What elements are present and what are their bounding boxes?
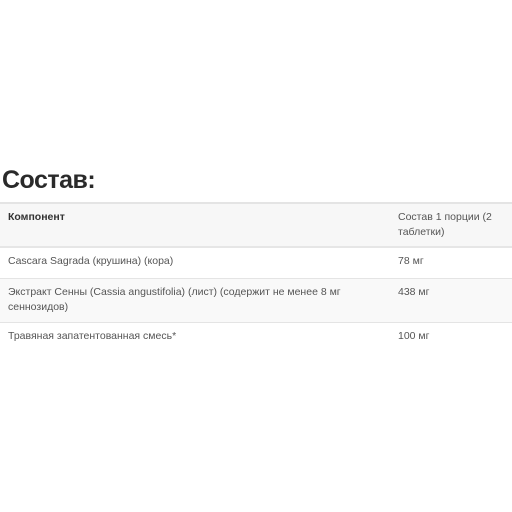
table-row: Экстракт Сенны (Cassia angustifolia) (ли… [0, 279, 512, 323]
component-cell: Экстракт Сенны (Cassia angustifolia) (ли… [0, 279, 388, 323]
table-header-row: Компонент Состав 1 порции (2 таблетки) [0, 203, 512, 247]
component-cell: Травяная запатентованная смесь* [0, 323, 388, 356]
table-row: Cascara Sagrada (крушина) (кора) 78 мг [0, 247, 512, 279]
table-row: Травяная запатентованная смесь* 100 мг [0, 323, 512, 356]
column-header-component: Компонент [0, 203, 388, 247]
column-header-amount: Состав 1 порции (2 таблетки) [388, 203, 512, 247]
amount-cell: 100 мг [388, 323, 512, 356]
composition-table: Компонент Состав 1 порции (2 таблетки) C… [0, 202, 512, 355]
component-cell: Cascara Sagrada (крушина) (кора) [0, 247, 388, 279]
amount-cell: 78 мг [388, 247, 512, 279]
section-title: Состав: [2, 166, 95, 195]
amount-cell: 438 мг [388, 279, 512, 323]
